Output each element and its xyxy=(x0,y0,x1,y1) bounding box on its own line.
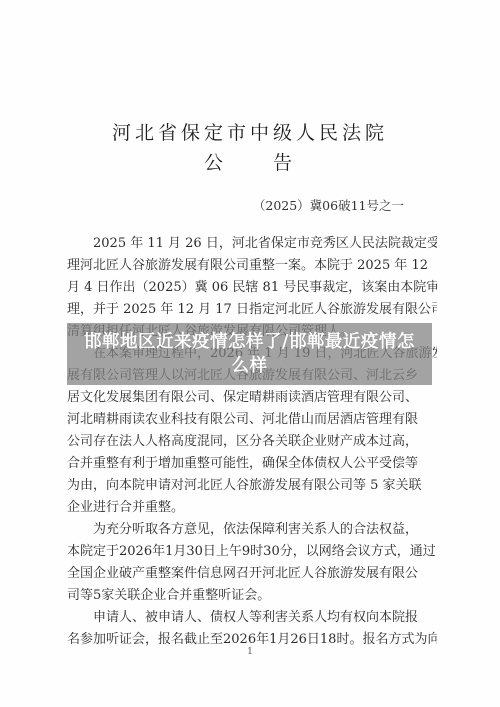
body-line: 月 4 日作出（2025）冀 06 民辖 81 号民事裁定，该案由本院审 xyxy=(67,277,437,299)
body-line: 理，并于 2025 年 12 月 17 日指定河北匠人谷旅游发展有限公司 xyxy=(67,299,437,321)
body-line: 本院定于2026年1月30日上午9时30分，以网络会议方式，通过 xyxy=(67,541,437,563)
case-number: （2025）冀06破11号之一 xyxy=(253,196,404,214)
body-line: 理河北匠人谷旅游发展有限公司重整一案。本院于 2025 年 12 xyxy=(67,255,437,277)
body-line: 居文化发展集团有限公司、保定晴耕雨读酒店管理有限公司、 xyxy=(67,387,437,409)
body-line: 为充分听取各方意见，依法保障利害关系人的合法权益， xyxy=(67,519,437,541)
body-line: 为由，向本院申请对河北匠人谷旅游发展有限公司等 5 家关联 xyxy=(67,475,437,497)
notice-title: 公 告 xyxy=(0,148,500,175)
body-line: 企业进行合并重整。 xyxy=(67,497,437,519)
court-name-heading: 河北省保定市中级人民法院 xyxy=(0,118,500,145)
notice-body: 2025 年 11 月 26 日，河北省保定市竞秀区人民法院裁定受 理河北匠人谷… xyxy=(67,233,437,651)
overlay-headline: 邯郸地区近来疫情怎样了/邯郸最近疫情怎么样 xyxy=(82,330,417,378)
body-line: 合并重整有利于增加重整可能性，确保全体债权人公平受偿等 xyxy=(67,453,437,475)
page-number: 1 xyxy=(0,647,500,657)
body-line: 公司存在法人人格高度混同，区分各关联企业财产成本过高， xyxy=(67,431,437,453)
body-line: 全国企业破产重整案件信息网召开河北匠人谷旅游发展有限公 xyxy=(67,563,437,585)
document-page: 河北省保定市中级人民法院 公 告 （2025）冀06破11号之一 2025 年 … xyxy=(0,0,500,707)
body-line: 申请人、被申请人、债权人等利害关系人均有权向本院报 xyxy=(67,607,437,629)
body-line: 河北晴耕雨读农业科技有限公司、河北借山而居酒店管理有限 xyxy=(67,409,437,431)
headline-overlay-banner: 邯郸地区近来疫情怎样了/邯郸最近疫情怎么样 xyxy=(67,323,432,385)
body-line: 2025 年 11 月 26 日，河北省保定市竞秀区人民法院裁定受 xyxy=(67,233,437,255)
body-line: 司等5家关联企业合并重整听证会。 xyxy=(67,585,437,607)
